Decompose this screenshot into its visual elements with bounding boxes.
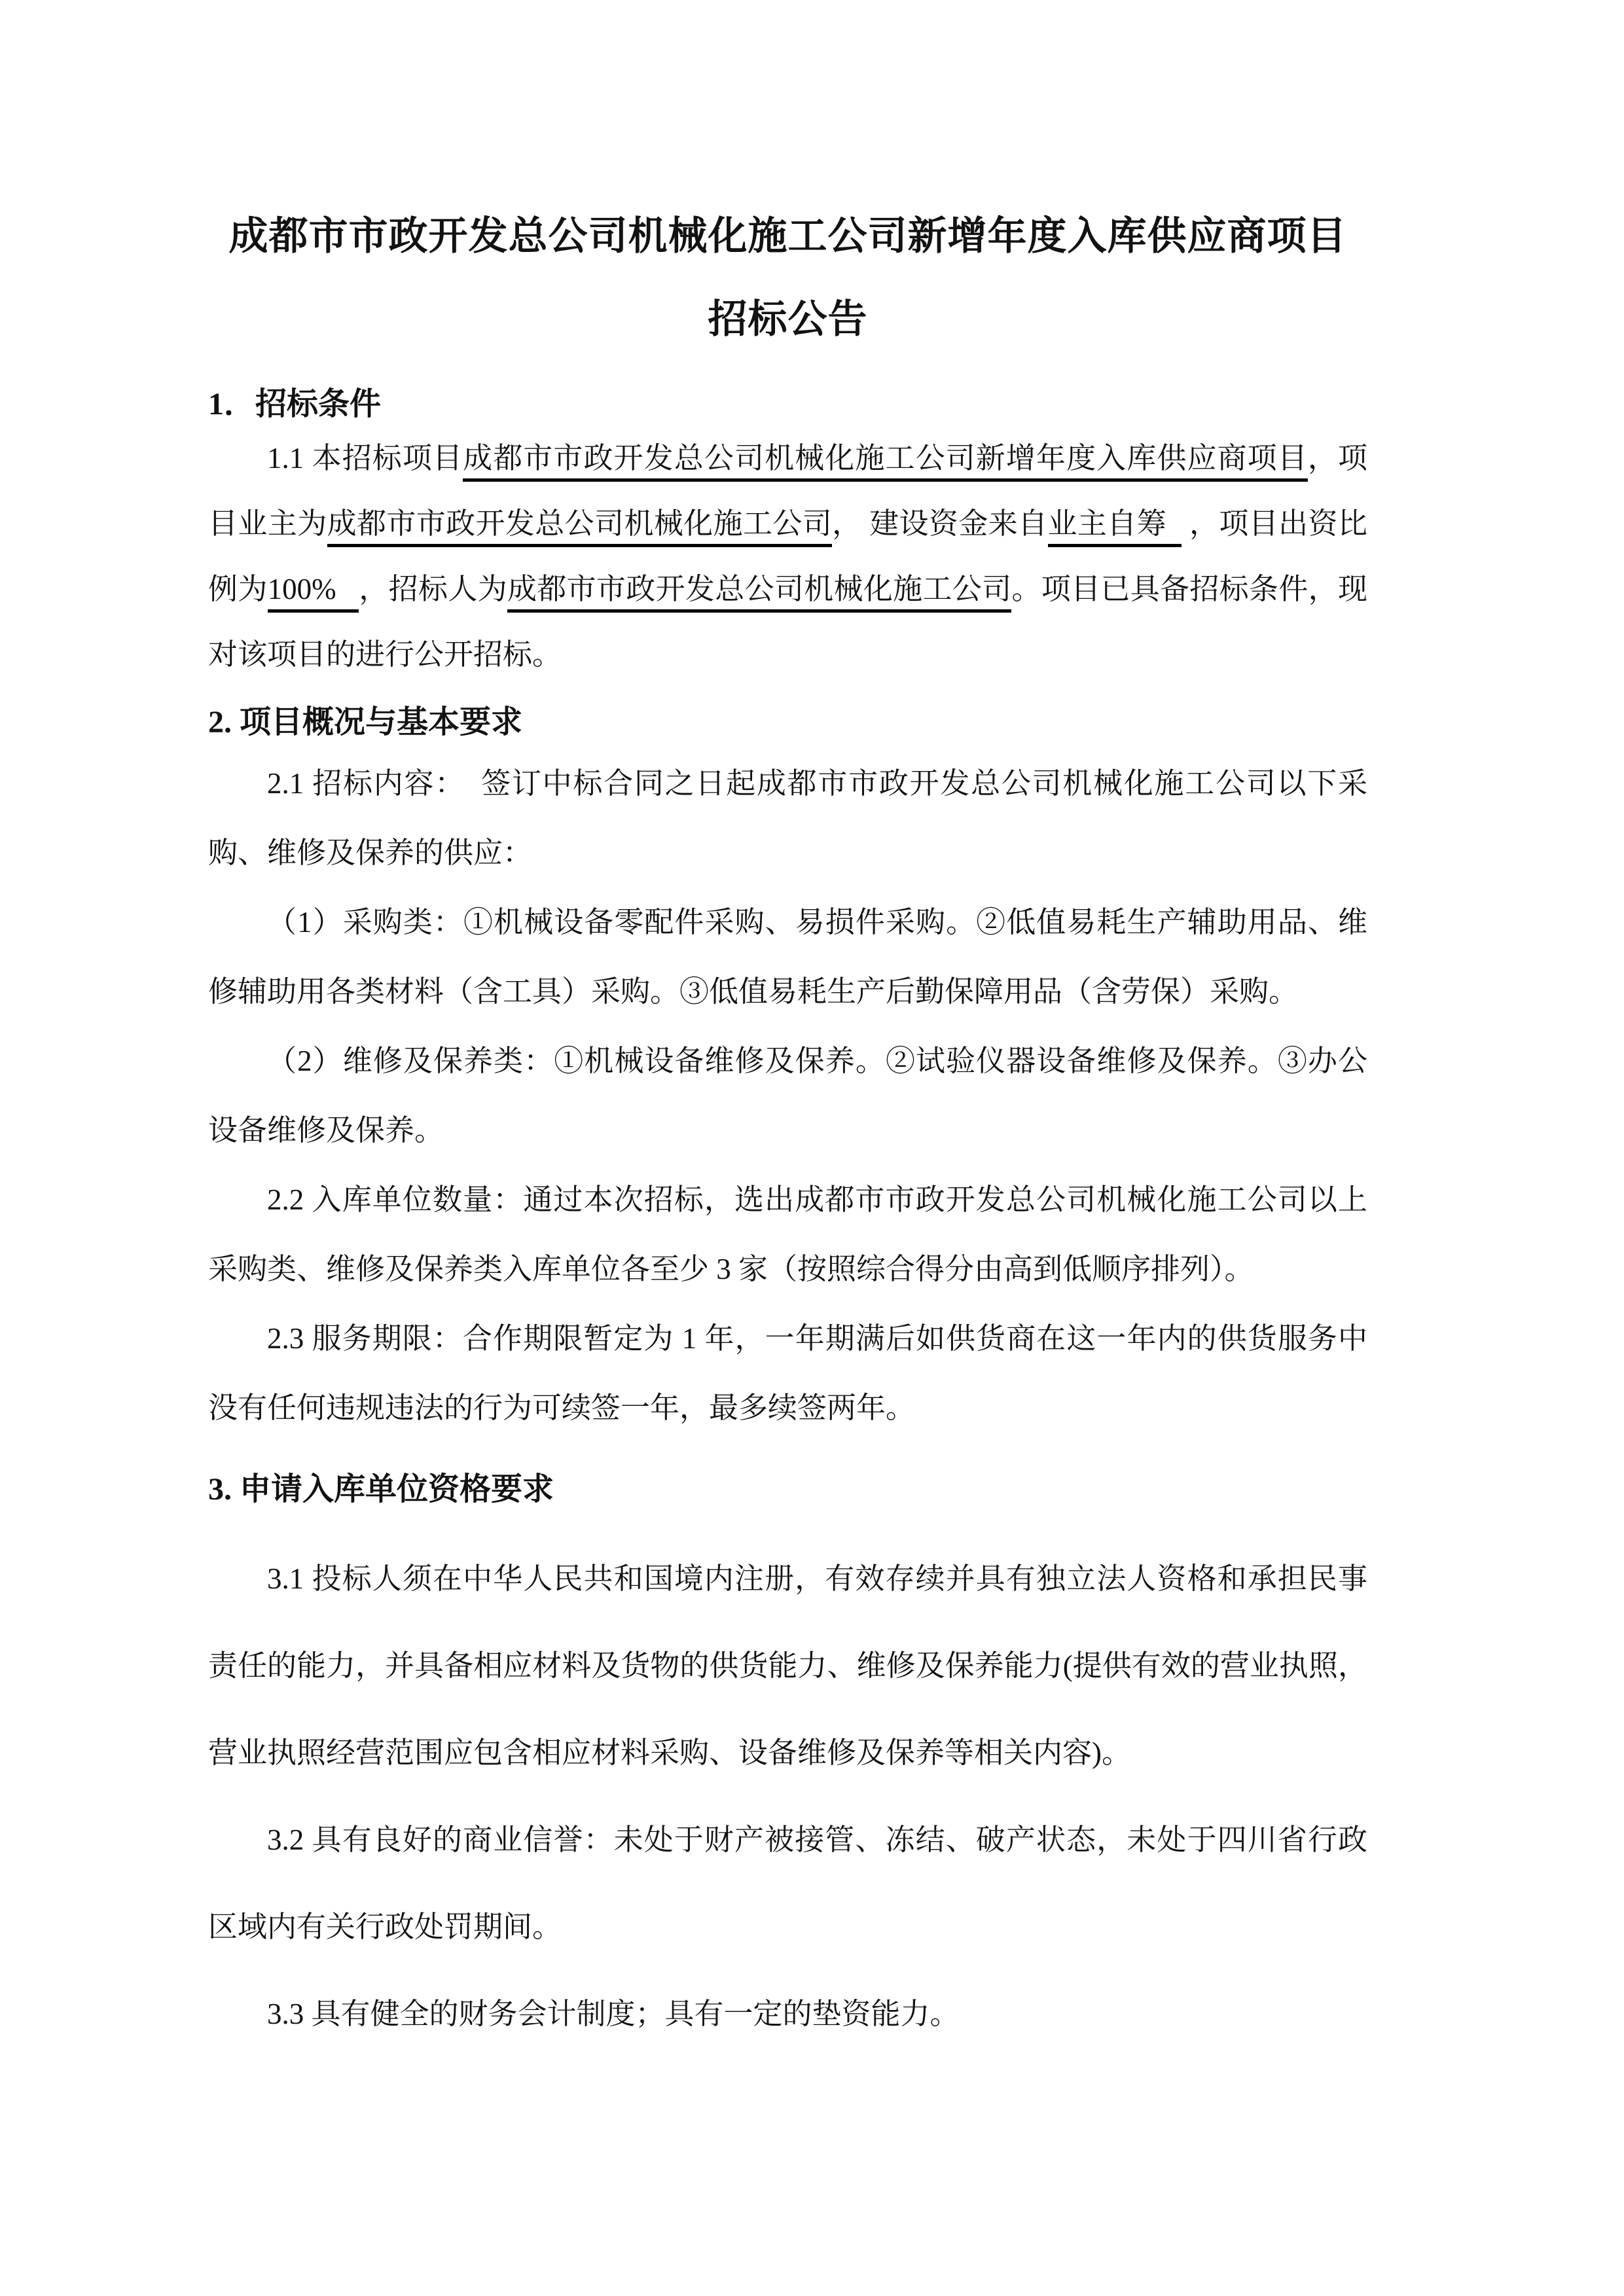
underlined-owner-name: 成都市市政开发总公司机械化施工公司 xyxy=(327,507,833,547)
section-2-heading: 2. 项目概况与基本要求 xyxy=(208,707,1367,738)
underlined-bidder-name: 成都市市政开发总公司机械化施工公司 xyxy=(507,573,1011,613)
underlined-funding-ratio: 100% xyxy=(268,573,359,613)
clause-2-2: 2.2 入库单位数量：通过本次招标，选出成都市市政开发总公司机械化施工公司以上采… xyxy=(208,1165,1367,1304)
clause-3-1: 3.1 投标人须在中华人民共和国境内注册，有效存续并具有独立法人资格和承担民事责… xyxy=(208,1535,1367,1797)
clause-1-1-funding-label: ， 建设资金来自 xyxy=(832,507,1047,540)
underlined-funding-source: 业主自筹 xyxy=(1048,507,1182,547)
clause-3-3: 3.3 具有健全的财务会计制度；具有一定的垫资能力。 xyxy=(208,1971,1367,2058)
clause-maintenance-category: （2）维修及保养类：①机械设备维修及保养。②试验仪器设备维修及保养。③办公设备维… xyxy=(208,1026,1367,1165)
clause-1-1-prefix: 1.1 本招标项目 xyxy=(267,442,463,475)
underlined-project-name: 成都市市政开发总公司机械化施工公司新增年度入库供应商项目 xyxy=(463,442,1308,482)
clause-purchase-category: （1）采购类：①机械设备零配件采购、易损件采购。②低值易耗生产辅助用品、维修辅助… xyxy=(208,888,1367,1026)
section-3-heading: 3. 申请入库单位资格要求 xyxy=(208,1474,1367,1505)
document-title-line2: 招标公告 xyxy=(208,296,1367,343)
clause-1-1-bidder-label: ，招标人为 xyxy=(359,573,507,605)
clause-2-3: 2.3 服务期限：合作期限暂定为 1 年，一年期满后如供货商在这一年内的供货服务… xyxy=(208,1304,1367,1443)
document-page: 成都市市政开发总公司机械化施工公司新增年度入库供应商项目 招标公告 1．招标条件… xyxy=(0,0,1624,2296)
clause-3-2: 3.2 具有良好的商业信誉：未处于财产被接管、冻结、破产状态，未处于四川省行政区… xyxy=(208,1797,1367,1971)
clause-1-1: 1.1 本招标项目成都市市政开发总公司机械化施工公司新增年度入库供应商项目，项目… xyxy=(208,425,1367,687)
clause-2-1: 2.1 招标内容： 签订中标合同之日起成都市市政开发总公司机械化施工公司以下采购… xyxy=(208,749,1367,888)
document-title-line1: 成都市市政开发总公司机械化施工公司新增年度入库供应商项目 xyxy=(208,213,1367,260)
section-1-heading: 1．招标条件 xyxy=(208,389,1367,420)
